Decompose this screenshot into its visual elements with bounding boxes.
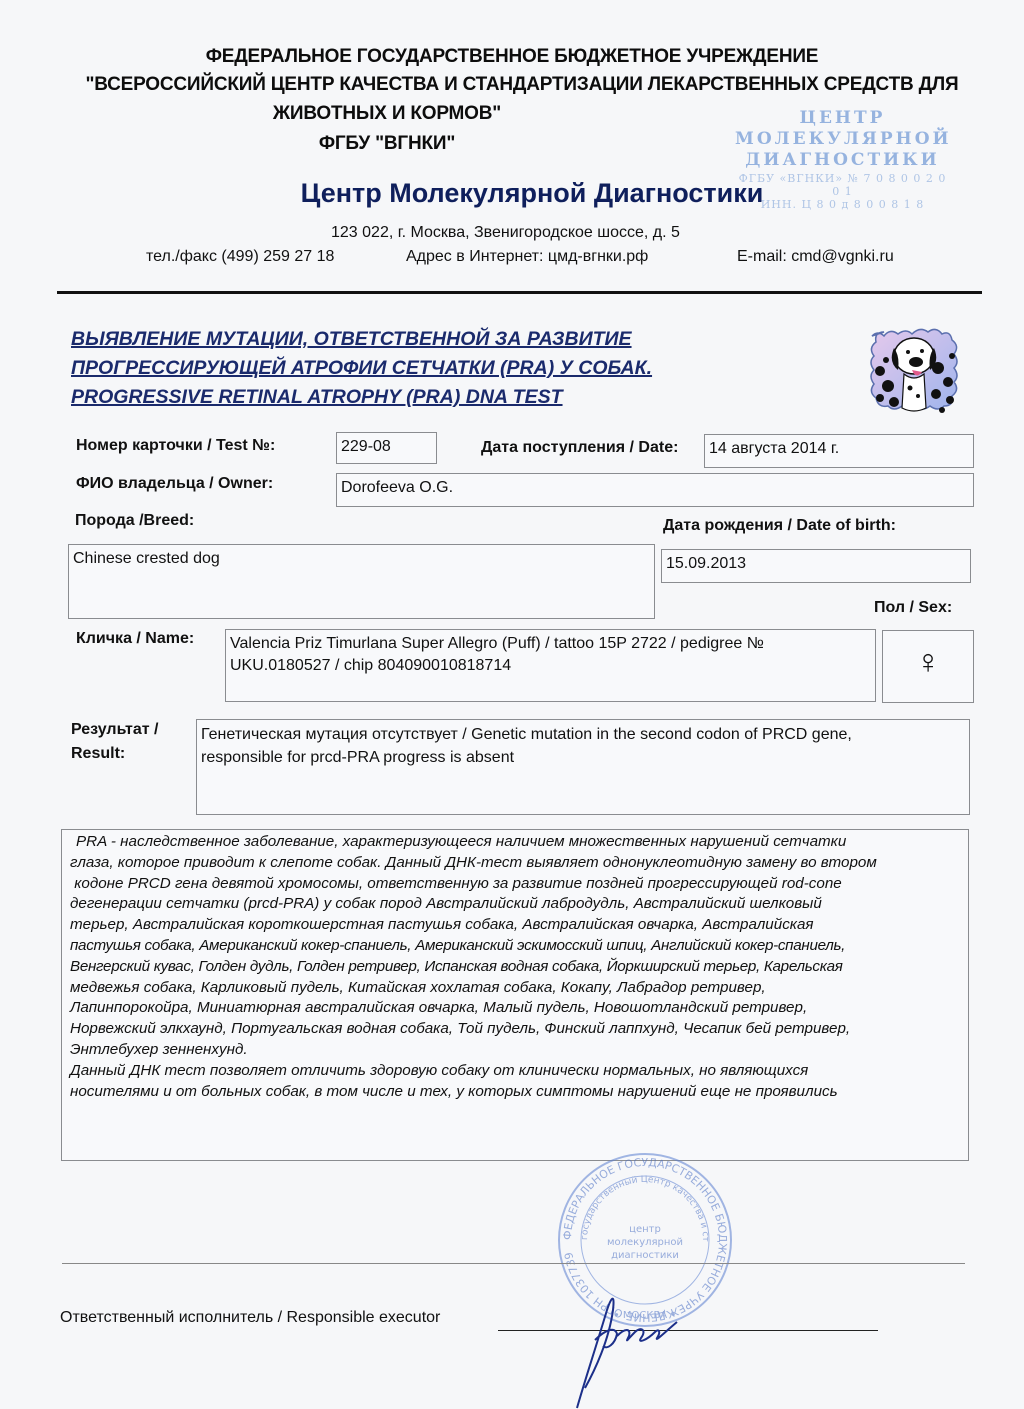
description-line: пастушья собака, Американский кокер-спан… (70, 936, 960, 957)
signature (555, 1270, 695, 1409)
dalmatian-dog-logo (858, 316, 972, 426)
result-label: Результат / Result: (71, 718, 158, 766)
sex-field: ♀ (882, 630, 974, 703)
address: 123 022, г. Москва, Звенигородское шоссе… (331, 224, 680, 242)
sex-label: Пол / Sex: (874, 599, 952, 617)
name-label: Кличка / Name: (76, 630, 194, 648)
breed-field: Chinese crested dog (68, 544, 655, 619)
result-field: Генетическая мутация отсутствует / Genet… (196, 719, 970, 815)
date-received-label: Дата поступления / Date: (481, 439, 678, 457)
result-line-2: responsible for prcd-PRA progress is abs… (201, 746, 965, 769)
corner-stamp-line-2: МОЛЕКУЛЯРНОЙ (735, 129, 950, 149)
female-symbol-icon: ♀ (915, 643, 941, 681)
description-line: Энтлебухер зенненхунд. (70, 1040, 960, 1061)
header-divider (57, 291, 982, 294)
description-line: кодоне PRCD гена девятой хромосомы, отве… (70, 874, 960, 895)
corner-stamp-line-1: ЦЕНТР (735, 108, 950, 128)
date-of-birth-label: Дата рождения / Date of birth: (663, 517, 896, 535)
center-name-title: Центр Молекулярной Диагностики (0, 178, 1024, 209)
breed-label: Порода /Breed: (75, 512, 194, 530)
org-name-line-1: ФЕДЕРАЛЬНОЕ ГОСУДАРСТВЕННОЕ БЮДЖЕТНОЕ УЧ… (0, 46, 1024, 68)
description-line: глаза, которое приводит к слепоте собак.… (70, 853, 960, 874)
owner-label: ФИО владельца / Owner: (76, 475, 273, 493)
description-line: Данный ДНК тест позволяет отличить здоро… (70, 1061, 960, 1082)
name-field: Valencia Priz Timurlana Super Allegro (P… (225, 629, 876, 702)
result-label-line-2: Result: (71, 742, 158, 766)
test-title-line-2: ПРОГРЕССИРУЮЩЕЙ АТРОФИИ СЕТЧАТКИ (PRA) У… (71, 354, 652, 383)
name-line-1: Valencia Priz Timurlana Super Allegro (P… (230, 633, 871, 655)
org-name-line-2: "ВСЕРОССИЙСКИЙ ЦЕНТР КАЧЕСТВА И СТАНДАРТ… (10, 74, 1024, 96)
email-link[interactable]: E-mail: cmd@vgnki.ru (737, 248, 894, 266)
description-line: терьер, Австралийская короткошерстная па… (70, 915, 960, 936)
description-line: медвежья собака, Карликовый пудель, Кита… (70, 978, 960, 999)
description-line: PRA - наследственное заболевание, характ… (70, 832, 960, 853)
name-line-2: UKU.0180527 / chip 804090010818714 (230, 655, 871, 677)
test-number-label: Номер карточки / Test №: (76, 437, 275, 455)
responsible-executor-label: Ответственный исполнитель / Responsible … (60, 1309, 440, 1327)
description-line: дегенерации сетчатки (prcd-PRA) у собак … (70, 894, 960, 915)
date-received-field: 14 августа 2014 г. (704, 434, 974, 468)
result-line-1: Генетическая мутация отсутствует / Genet… (201, 723, 965, 746)
test-title-line-1: ВЫЯВЛЕНИЕ МУТАЦИИ, ОТВЕТСТВЕННОЙ ЗА РАЗВ… (71, 325, 632, 354)
phone: тел./факс (499) 259 27 18 (146, 248, 334, 266)
stamp-center-line-2: молекулярной (607, 1237, 683, 1248)
description-line: Венгерский кувас, Голден дудль, Голден р… (70, 957, 960, 978)
date-of-birth-field: 15.09.2013 (661, 549, 971, 583)
stamp-center-line-3: диагностики (611, 1250, 679, 1261)
owner-field: Dorofeeva O.G. (336, 473, 974, 507)
test-description: PRA - наследственное заболевание, характ… (61, 829, 969, 1161)
stamp-center-line-1: центр (629, 1224, 661, 1235)
result-label-line-1: Результат / (71, 718, 158, 742)
test-title-line-3: PROGRESSIVE RETINAL ATROPHY (PRA) DNA TE… (71, 383, 563, 412)
test-number-field: 229-08 (336, 432, 437, 464)
website-link[interactable]: Адрес в Интернет: цмд-вгнки.рф (406, 248, 648, 266)
description-line: Норвежский элкхаунд, Португальская водна… (70, 1019, 960, 1040)
description-line: носителями и от больных собак, в том чис… (70, 1082, 960, 1103)
footer-divider (62, 1263, 965, 1264)
corner-stamp-line-3: ДИАГНОСТИКИ (735, 150, 950, 170)
description-line: Лапинпорокойра, Миниатюрная австралийска… (70, 998, 960, 1019)
